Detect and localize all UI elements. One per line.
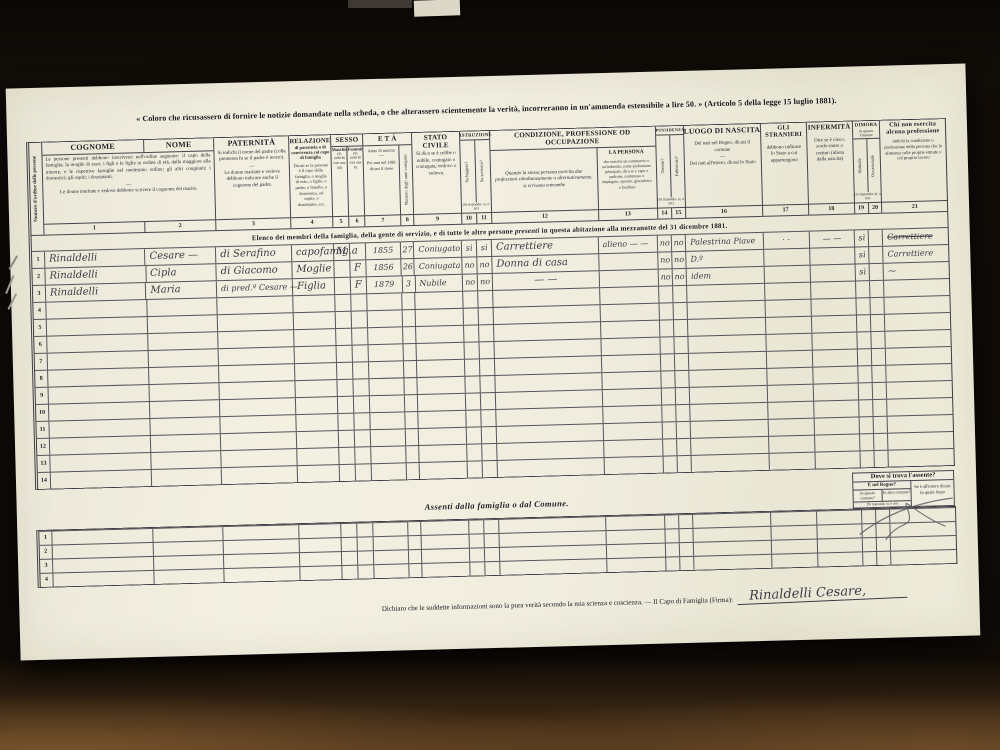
cell	[367, 293, 403, 310]
cell	[351, 294, 367, 310]
row-number: 2	[32, 269, 45, 285]
cell	[497, 441, 604, 460]
cell	[818, 552, 864, 566]
dimora-note: (Si risponda: sì, o no)	[854, 192, 881, 203]
cell	[675, 354, 689, 370]
cell-paternita: di Serafino	[216, 245, 292, 263]
cell	[371, 463, 407, 480]
terreni-label: Terreni?	[660, 159, 665, 174]
cell	[153, 541, 224, 556]
cell	[691, 420, 769, 438]
cell	[663, 439, 677, 455]
col-num-11: 11	[476, 213, 491, 223]
cell	[300, 552, 342, 566]
census-table: Numero d'ordine delle persone COGNOME NO…	[26, 118, 955, 490]
sesso-title: SESSO	[331, 134, 362, 146]
cell-luogo-nascita: Palestrina Piave	[686, 233, 764, 251]
cell	[600, 287, 660, 305]
cell	[860, 417, 874, 433]
cell	[224, 553, 300, 568]
cell	[771, 526, 817, 540]
cell	[403, 293, 416, 309]
cell	[674, 303, 688, 319]
cell	[339, 448, 355, 464]
cell	[416, 309, 464, 326]
cell	[483, 461, 498, 477]
cell	[877, 552, 891, 565]
cell	[149, 366, 220, 384]
cell	[49, 419, 150, 438]
cell	[872, 349, 886, 365]
cell-luogo-nascita: idem	[687, 267, 765, 285]
stato-title: STATO CIVILE	[412, 132, 459, 151]
cell	[873, 400, 887, 416]
pencil-mark	[7, 293, 17, 310]
caption-text: in questa abitazione alla mezzanotte del…	[541, 221, 727, 234]
cell	[659, 286, 673, 302]
cell	[662, 371, 676, 387]
cell	[373, 522, 409, 536]
cell-fabbricati: no	[673, 269, 687, 285]
cell	[680, 557, 694, 570]
cell	[602, 389, 662, 407]
dimora-title: DIMORA	[852, 121, 879, 129]
cell	[219, 347, 295, 365]
cell	[296, 397, 338, 414]
cell	[876, 510, 890, 523]
photo-wood-bottom	[0, 662, 1000, 750]
cell	[338, 431, 354, 447]
cell	[466, 376, 481, 392]
cell	[403, 327, 416, 343]
col-stato-civile: STATO CIVILE Si dica se è celibe o nubil…	[412, 132, 462, 225]
cell	[687, 284, 765, 302]
cell-cognome: Rinaldelli	[46, 283, 147, 302]
cell	[769, 453, 815, 470]
cell	[689, 369, 767, 387]
cell	[676, 371, 690, 387]
col-eta: E T À Anno di nascita — Pei nati nel 188…	[363, 133, 414, 226]
cell	[218, 313, 294, 331]
cell	[147, 298, 218, 316]
cell	[151, 468, 222, 486]
cell	[467, 444, 482, 460]
cell	[813, 383, 859, 400]
cell	[406, 412, 419, 428]
head-of-family-signature: Rinaldelli Cesare,	[737, 582, 908, 605]
row-number: 1	[32, 252, 45, 268]
cell	[815, 434, 861, 451]
cell	[887, 381, 952, 399]
cell	[606, 530, 666, 545]
cell	[221, 415, 297, 433]
cell	[422, 535, 470, 549]
cell-professione: Donna di casa	[492, 254, 599, 273]
col-infermita: INFERMITÀ Dire se è cieco, sordo-muto o …	[807, 122, 855, 215]
row-number: 14	[38, 473, 51, 489]
cell	[150, 417, 221, 435]
cell	[485, 548, 500, 561]
cell	[889, 449, 954, 467]
cell-infermita: — —	[809, 230, 855, 247]
infermita-desc: Dire se è cieco, sordo-muto o cretino (i…	[807, 135, 852, 166]
cell-fabbricati: no	[672, 252, 686, 268]
ordine-label: Numero d'ordine delle persone	[33, 156, 40, 222]
cell	[858, 332, 872, 348]
cell	[420, 445, 468, 462]
cell	[768, 419, 814, 436]
cell	[295, 380, 337, 397]
cell	[688, 318, 766, 336]
col-num-5: 5	[333, 217, 348, 227]
cell	[224, 539, 300, 554]
cell	[494, 322, 601, 341]
cell	[470, 548, 485, 561]
cell	[46, 300, 147, 319]
cell	[336, 329, 352, 345]
cell	[877, 538, 891, 551]
cell	[690, 386, 768, 404]
cell-nome: Cipla	[146, 264, 217, 282]
paper-sliver	[348, 0, 412, 8]
cell-chi-non-esercita: ⁓	[884, 262, 949, 280]
dove-si-trova-table: Dove si trova l'assente? È nel Regno? In…	[852, 470, 955, 509]
cell	[891, 536, 956, 551]
eta-anni-label: Numero degli anni compiuti	[403, 154, 409, 205]
cell-cognome: Rinaldelli	[45, 249, 146, 268]
col-num-2: 2	[144, 220, 215, 232]
cell	[859, 366, 873, 382]
cell	[864, 552, 878, 565]
cell	[351, 311, 367, 327]
cell-stranieri	[764, 249, 810, 266]
cell	[874, 417, 888, 433]
cell	[339, 465, 355, 481]
cell	[875, 451, 889, 467]
cell-sa-leggere: no	[463, 274, 478, 290]
stato-desc: Si dica se è celibe o nubile, coniugato …	[412, 149, 459, 180]
cell	[863, 524, 877, 537]
cell-anno-nascita: 1856	[366, 259, 402, 276]
fabbricati-label: Fabbricati?	[674, 156, 679, 176]
cell	[373, 536, 409, 550]
cell-stranieri	[764, 266, 810, 283]
cell	[480, 376, 495, 392]
dove-estero: Se è all'estero dicasi in quale Stato	[911, 480, 954, 506]
cell	[404, 344, 417, 360]
cell	[660, 303, 674, 319]
relazione-desc: Dicasi se la persona è il capo della fam…	[290, 160, 332, 210]
cell	[814, 400, 860, 417]
cell-femmina	[350, 243, 366, 259]
row-number: 9	[36, 388, 49, 404]
cell	[410, 564, 423, 577]
col-num-3: 3	[216, 218, 291, 230]
cell	[148, 332, 219, 350]
cell	[218, 330, 294, 348]
cell	[409, 550, 422, 563]
col-paternita: PATERNITÀ Si indichi il nome del padre (…	[214, 136, 292, 230]
cell	[767, 368, 813, 385]
cell	[221, 432, 297, 450]
cell	[480, 342, 495, 358]
cell	[469, 520, 484, 533]
cell	[888, 415, 953, 433]
cell	[406, 429, 419, 445]
stranieri-desc: debbono indicare lo Stato a cui apparten…	[762, 143, 807, 168]
cell-occasionale	[870, 264, 884, 280]
row-number: 4	[33, 303, 46, 319]
cell-sa-leggere: sì	[462, 240, 477, 256]
cell-occasionale	[869, 247, 883, 263]
cell	[766, 334, 812, 351]
col-sesso: SESSO Maschio (Si indichi con una M) Fem…	[331, 134, 365, 227]
paper-tab	[414, 0, 461, 17]
cell	[423, 563, 471, 577]
cell	[298, 465, 340, 482]
cell	[50, 453, 151, 472]
cell	[602, 372, 662, 390]
cell	[338, 414, 354, 430]
cell	[496, 407, 603, 426]
cell-infermita	[810, 264, 856, 281]
cell	[812, 349, 858, 366]
cell	[149, 383, 220, 401]
cell	[662, 388, 676, 404]
col-num-18: 18	[809, 204, 854, 215]
col-num-7: 7	[365, 215, 400, 226]
cell	[497, 424, 604, 443]
cell	[353, 379, 369, 395]
census-sheet: « Coloro che ricusassero di fornire le n…	[6, 64, 981, 661]
cell	[297, 448, 339, 465]
cell	[470, 562, 485, 575]
cell	[498, 458, 605, 477]
cell	[481, 410, 496, 426]
cell	[358, 551, 374, 564]
cell	[858, 349, 872, 365]
cell	[367, 310, 403, 327]
cell	[154, 569, 225, 584]
paternita-desc2: Le donne maritate e vedove debbono indic…	[215, 167, 290, 192]
cell	[407, 463, 420, 479]
cell	[765, 283, 811, 300]
cell	[495, 373, 602, 392]
cell	[856, 281, 870, 297]
cell	[885, 313, 950, 331]
cell-anni: 3	[402, 276, 415, 292]
dimora-title2: in questo Comune	[853, 128, 880, 137]
cell	[679, 515, 693, 528]
cell	[812, 315, 858, 332]
cell-cognome: Rinaldelli	[45, 266, 146, 285]
cell	[337, 380, 353, 396]
cell	[357, 537, 373, 550]
cell	[886, 330, 951, 348]
col-num-4: 4	[292, 217, 333, 228]
cell	[676, 388, 690, 404]
cell	[677, 439, 691, 455]
cell	[370, 412, 406, 429]
cell	[769, 436, 815, 453]
col-num-20: 20	[867, 203, 881, 213]
cell	[690, 403, 768, 421]
cell	[466, 393, 481, 409]
cell	[467, 427, 482, 443]
cell	[220, 381, 296, 399]
cell	[607, 558, 667, 573]
cell	[693, 513, 771, 528]
cell	[219, 364, 295, 382]
cell	[294, 312, 336, 329]
cell	[422, 549, 470, 563]
cell	[353, 396, 369, 412]
cell	[872, 332, 886, 348]
col-istruzione: ISTRUZIONE Sa leggere? Sa scrivere? (Si …	[460, 131, 492, 224]
col-num-10: 10	[462, 213, 476, 223]
row-number: 12	[37, 439, 50, 455]
cell-terreni: no	[658, 252, 672, 268]
cell	[370, 429, 406, 446]
cell	[466, 410, 481, 426]
cell	[495, 356, 602, 375]
cell	[369, 361, 405, 378]
row-number: 7	[35, 354, 48, 370]
cell	[601, 338, 661, 356]
cell-stato-civile: Coniugato	[414, 241, 462, 258]
cell	[877, 524, 891, 537]
cell	[294, 346, 336, 363]
cell	[221, 449, 297, 467]
caption-presenti: presenti	[515, 226, 540, 235]
cell	[817, 524, 863, 538]
col-num-19: 19	[855, 203, 868, 213]
cell	[689, 352, 767, 370]
cell	[673, 286, 687, 302]
stranieri-title: GLI STRANIERI	[761, 123, 806, 140]
cell	[342, 566, 358, 579]
cell	[222, 466, 298, 484]
col-stranieri: GLI STRANIERI debbono indicare lo Stato …	[761, 123, 809, 216]
cell-stato-civile: Coniugata	[415, 258, 463, 275]
cell-anno-nascita: 1855	[366, 242, 402, 259]
cell	[48, 351, 149, 370]
cell-professione: Carrettiere	[492, 237, 599, 256]
cell	[150, 434, 221, 452]
cell	[341, 538, 357, 551]
cell	[220, 398, 296, 416]
cell-professione: — —	[493, 271, 600, 290]
cell	[496, 390, 603, 409]
cell	[694, 555, 772, 570]
cell	[688, 301, 766, 319]
cell	[604, 457, 664, 475]
cell-maschio: M	[334, 244, 350, 260]
cell	[811, 298, 857, 315]
row-number: 8	[35, 371, 48, 387]
luogo-title: LUOGO DI NASCITA	[684, 124, 761, 136]
cell	[409, 522, 422, 535]
cell	[666, 557, 680, 570]
cell	[811, 281, 857, 298]
cell	[417, 360, 465, 377]
pencil-mark	[8, 255, 18, 270]
cell	[149, 400, 220, 418]
cell-la-persona	[599, 270, 659, 288]
cell	[601, 321, 661, 339]
cell-infermita	[810, 247, 856, 264]
cell	[419, 411, 467, 428]
cell	[691, 437, 769, 455]
col-num-8: 8	[400, 215, 413, 225]
cell-sa-leggere: no	[462, 257, 477, 273]
cell-nome: Maria	[146, 281, 217, 299]
cell	[662, 405, 676, 421]
cell	[664, 456, 678, 472]
cell	[463, 291, 478, 307]
cell-relazione: Moglie	[292, 261, 334, 278]
cell	[338, 397, 354, 413]
cell	[871, 298, 885, 314]
cell-terreni: no	[659, 269, 673, 285]
cell	[342, 552, 358, 565]
cell	[49, 402, 150, 421]
cell-anni: 26	[402, 259, 415, 275]
cell-anno-nascita: 1879	[367, 276, 403, 293]
cell	[357, 523, 373, 536]
cell-anni: 27	[401, 242, 414, 258]
cell	[335, 295, 351, 311]
cell	[666, 529, 680, 542]
cell	[887, 364, 952, 382]
cell	[661, 354, 675, 370]
cell	[862, 510, 876, 523]
cell	[676, 405, 690, 421]
col-condizione: CONDIZIONE, PROFESSIONE OD OCCUPAZIONE Q…	[490, 127, 658, 223]
cell	[661, 337, 675, 353]
cell	[52, 529, 153, 545]
cell	[369, 395, 405, 412]
cell	[817, 538, 863, 552]
cell	[485, 534, 500, 547]
cell	[417, 343, 465, 360]
cell	[479, 308, 494, 324]
cell	[857, 315, 871, 331]
cell	[48, 385, 149, 404]
cell	[47, 334, 148, 353]
cell	[354, 430, 370, 446]
row-number: 3	[40, 560, 53, 573]
cell	[151, 451, 222, 469]
cell	[299, 538, 341, 552]
cell	[765, 300, 811, 317]
cell	[674, 320, 688, 336]
cell	[464, 308, 479, 324]
cell	[337, 363, 353, 379]
cell	[888, 432, 953, 450]
cell	[861, 451, 875, 467]
cell	[374, 564, 410, 578]
cell	[874, 434, 888, 450]
cell	[51, 470, 152, 489]
cell-stranieri: · ·	[764, 232, 810, 249]
cell	[891, 522, 956, 537]
cell	[870, 281, 884, 297]
cell	[500, 559, 607, 575]
cell	[368, 327, 404, 344]
cell	[494, 305, 601, 324]
cell	[817, 510, 863, 524]
